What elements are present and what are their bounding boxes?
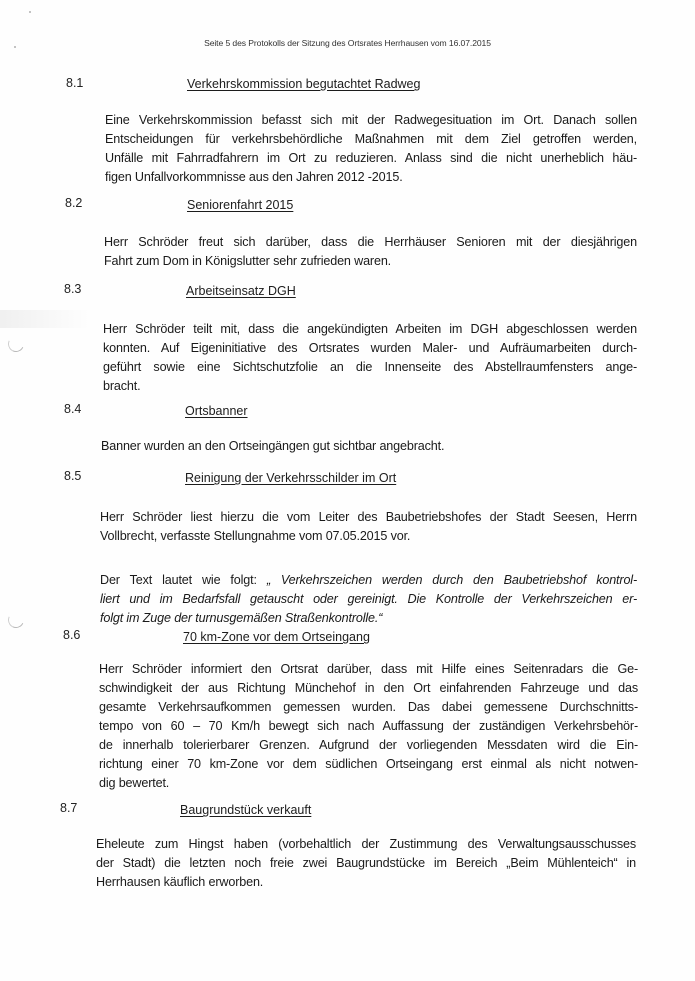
section-number: 8.5 — [64, 469, 81, 483]
punch-hole-mark — [6, 334, 27, 355]
section-number: 8.6 — [63, 628, 80, 642]
section-number: 8.7 — [60, 801, 77, 815]
page-header: Seite 5 des Protokolls der Sitzung des O… — [0, 38, 695, 48]
section-number: 8.2 — [65, 196, 82, 210]
section-body: Banner wurden an den Ortseingängen gut s… — [101, 437, 637, 456]
section-body: Eheleute zum Hingst haben (vorbehaltlich… — [96, 835, 636, 892]
section-title: Verkehrskommission begutachtet Radweg — [187, 77, 420, 91]
section-number: 8.3 — [64, 282, 81, 296]
section-number: 8.1 — [66, 76, 83, 90]
section-body: Herr Schröder teilt mit, dass die angekü… — [103, 320, 637, 396]
section-body: Herr Schröder liest hierzu die vom Leite… — [100, 508, 637, 546]
section-title: Arbeitseinsatz DGH — [186, 284, 296, 298]
section-body: Herr Schröder informiert den Ortsrat dar… — [99, 660, 638, 793]
section-title: Ortsbanner — [185, 404, 248, 418]
section-title: 70 km-Zone vor dem Ortseingang — [183, 630, 370, 644]
punch-hole-mark — [6, 610, 27, 631]
quoted-statement: Der Text lautet wie folgt: „ Verkehrszei… — [100, 571, 637, 628]
section-body: Herr Schröder freut sich darüber, dass d… — [104, 233, 637, 271]
section-title: Reinigung der Verkehrsschilder im Ort — [185, 471, 396, 485]
document-page: Seite 5 des Protokolls der Sitzung des O… — [0, 0, 695, 981]
section-body: Eine Verkehrskommission befasst sich mit… — [105, 111, 637, 187]
scan-speck — [29, 11, 31, 13]
section-title: Seniorenfahrt 2015 — [187, 198, 293, 212]
section-number: 8.4 — [64, 402, 81, 416]
scan-smudge — [0, 310, 90, 328]
section-title: Baugrundstück verkauft — [180, 803, 311, 817]
